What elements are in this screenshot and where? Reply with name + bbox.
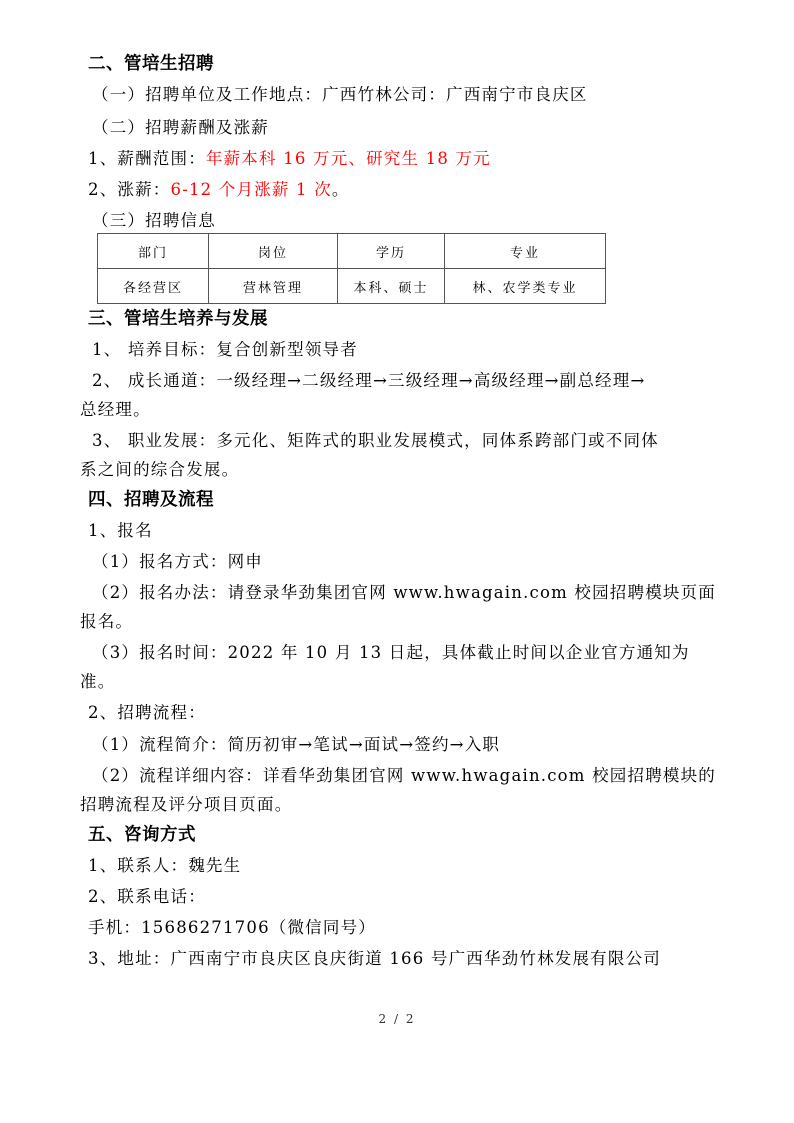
growth-path-line2: 总经理。 — [80, 398, 151, 422]
section4-heading: 四、招聘及流程 — [88, 488, 214, 512]
recruit-info-subheading: （三）招聘信息 — [92, 209, 216, 233]
salary-range-label: 1、薪酬范围： — [88, 149, 206, 168]
table-cell: 各经营区 — [98, 269, 209, 304]
salary-range-line: 1、薪酬范围：年薪本科 16 万元、研究生 18 万元 — [88, 147, 491, 171]
raise-label: 2、涨薪： — [88, 180, 171, 199]
table-cell: 本科、硕士 — [338, 269, 445, 304]
mobile-number: 手机：15686271706（微信同号） — [88, 916, 376, 940]
section5-heading: 五、咨询方式 — [88, 823, 196, 847]
table-header-cell: 专业 — [445, 234, 606, 269]
section3-heading: 三、管培生培养与发展 — [88, 307, 268, 331]
section2-heading: 二、管培生招聘 — [88, 52, 214, 76]
salary-range-value: 年薪本科 16 万元、研究生 18 万元 — [206, 149, 491, 168]
contact-person: 1、联系人：魏先生 — [88, 854, 241, 878]
growth-path-line1: 2、 成长通道：一级经理→二级经理→三级经理→高级经理→副总经理→ — [92, 369, 645, 393]
table-cell: 林、农学类专业 — [445, 269, 606, 304]
signup-subheading: 1、报名 — [88, 519, 153, 543]
raise-value: 6-12 个月涨薪 1 次 — [171, 180, 332, 199]
table-header-cell: 学历 — [338, 234, 445, 269]
salary-subheading: （二）招聘薪酬及涨薪 — [92, 116, 269, 140]
raise-line: 2、涨薪：6-12 个月涨薪 1 次。 — [88, 178, 350, 202]
signup-how-line2: 报名。 — [80, 610, 133, 634]
table-header-cell: 部门 — [98, 234, 209, 269]
page-number: 2 / 2 — [0, 1012, 794, 1026]
career-dev-line2: 系之间的综合发展。 — [80, 458, 239, 482]
recruit-info-table: 部门 岗位 学历 专业 各经营区 营林管理 本科、硕士 林、农学类专业 — [97, 233, 606, 304]
signup-time-line2: 准。 — [80, 670, 115, 694]
signup-method: （1）报名方式：网申 — [92, 550, 263, 574]
phone-subheading: 2、联系电话： — [88, 885, 206, 909]
table-cell: 营林管理 — [209, 269, 338, 304]
table-header-row: 部门 岗位 学历 专业 — [98, 234, 606, 269]
process-detail-line1: （2）流程详细内容：详看华劲集团官网 www.hwagain.com 校园招聘模… — [92, 764, 716, 788]
address: 3、地址：广西南宁市良庆区良庆街道 166 号广西华劲竹林发展有限公司 — [88, 947, 661, 971]
process-detail-line2: 招聘流程及评分项目页面。 — [80, 793, 292, 817]
table-header-cell: 岗位 — [209, 234, 338, 269]
career-dev-line1: 3、 职业发展：多元化、矩阵式的职业发展模式，同体系跨部门或不同体 — [92, 429, 659, 453]
process-subheading: 2、招聘流程： — [88, 701, 206, 725]
signup-time-line1: （3）报名时间：2022 年 10 月 13 日起，具体截止时间以企业官方通知为 — [92, 641, 690, 665]
table-row: 各经营区 营林管理 本科、硕士 林、农学类专业 — [98, 269, 606, 304]
training-goal: 1、 培养目标：复合创新型领导者 — [92, 338, 358, 362]
signup-how-line1: （2）报名办法：请登录华劲集团官网 www.hwagain.com 校园招聘模块… — [92, 581, 716, 605]
recruit-unit-text: （一）招聘单位及工作地点：广西竹林公司：广西南宁市良庆区 — [92, 83, 588, 107]
process-brief: （1）流程简介：简历初审→笔试→面试→签约→入职 — [92, 733, 500, 757]
raise-suffix: 。 — [332, 180, 350, 199]
